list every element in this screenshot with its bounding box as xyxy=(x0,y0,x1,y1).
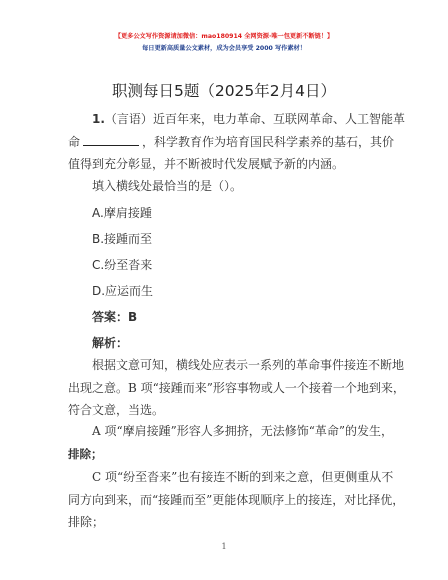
answer-label: 答案：B xyxy=(92,308,137,325)
page-title: 职测每日5题（2025年2月4日） xyxy=(0,79,448,101)
promo-banner-line-2: 每日更新高质量公文素材，成为会员享受 2000 写作素材！ xyxy=(0,43,448,52)
question-number: 1. xyxy=(92,112,105,126)
analysis-paragraph-2-end: 排除； xyxy=(68,443,405,466)
analysis-paragraph-2: A 项“摩肩接踵”形容人多拥挤，无法修饰“革命”的发生， xyxy=(68,420,405,443)
question-prompt: 填入横线处最恰当的是（）。 xyxy=(92,177,242,194)
question-category: （言语） xyxy=(105,112,153,126)
question-stem: 1.（言语）近百年来，电力革命、互联网革命、人工智能革命，科学教育作为培育国民科… xyxy=(68,108,405,176)
fill-in-blank xyxy=(83,132,139,146)
analysis-label: 解析： xyxy=(92,334,128,351)
option-a: A.摩肩接踵 xyxy=(92,204,152,221)
page-number: 1 xyxy=(0,542,448,551)
analysis-paragraph-1: 根据文意可知，横线处应表示一系列的革命事件接连不断地出现之意。B 项“接踵而来”… xyxy=(68,354,405,422)
analysis-paragraph-3: C 项“纷至沓来”也有接连不断的到来之意，但更侧重从不同方向到来，而“接踵而至”… xyxy=(68,466,405,534)
option-c: C.纷至沓来 xyxy=(92,256,152,273)
option-b: B.接踵而至 xyxy=(92,230,152,247)
promo-banner-line-1: 【更多公文写作资源请加微信：mao180914 全网资源·唯一包更新不断链！】 xyxy=(0,31,448,40)
option-d: D.应运而生 xyxy=(92,282,153,299)
document-page: 【更多公文写作资源请加微信：mao180914 全网资源·唯一包更新不断链！】 … xyxy=(0,0,448,580)
